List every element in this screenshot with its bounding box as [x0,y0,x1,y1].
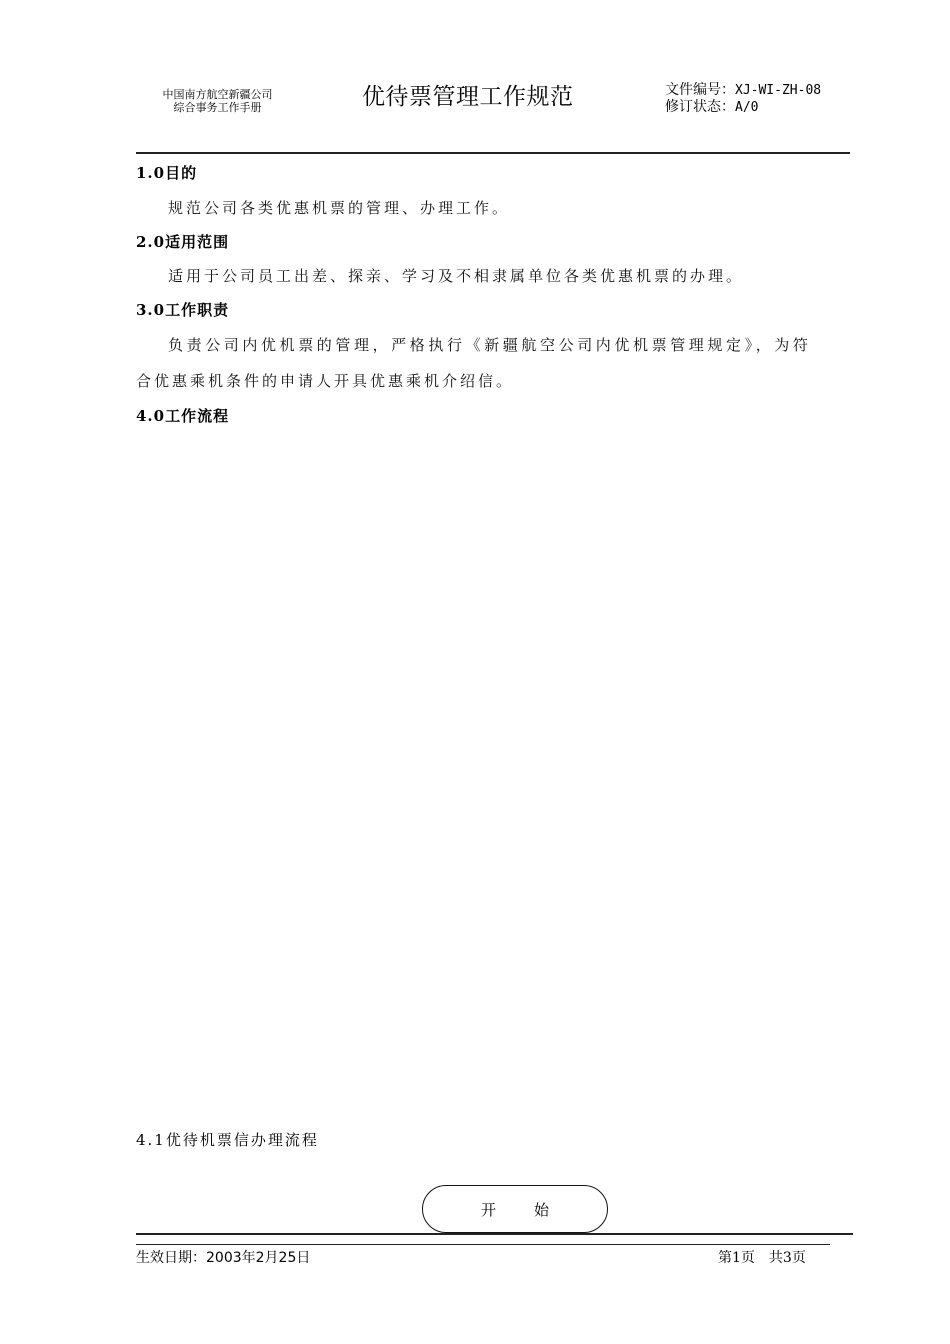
start-char-1: 开 [481,1199,496,1220]
document-meta: 文件编号：XJ-WI-ZH-08 修订状态：A/0 [665,82,821,116]
revision-label: 修订状态： [665,99,735,115]
section-body-duties-line2: 合优惠乘机条件的申请人开具优惠乘机介绍信。 [136,370,514,391]
revision-row: 修订状态：A/0 [665,99,821,116]
subsection-title: 4.1优待机票信办理流程 [136,1129,319,1150]
start-char-2: 始 [534,1199,549,1220]
body-bottom-divider [136,1233,853,1235]
header-divider [136,152,850,154]
document-title: 优待票管理工作规范 [362,78,574,111]
section-body-duties-line1: 负责公司内优机票的管理，严格执行《新疆航空公司内优机票管理规定》，为符 [168,334,812,355]
section-heading-duties: 3.0工作职责 [136,299,229,320]
section-heading-workflow: 4.0工作流程 [136,405,229,426]
company-name: 中国南方航空新疆公司 综合事务工作手册 [150,88,285,114]
doc-number: XJ-WI-ZH-08 [735,83,821,98]
flowchart-start-node: 开 始 [422,1185,608,1233]
section-heading-purpose: 1.0目的 [136,162,197,183]
doc-number-label: 文件编号： [665,82,735,98]
effective-date: 生效日期：2003年2月25日 [136,1247,310,1267]
section-heading-scope: 2.0适用范围 [136,231,229,252]
revision-value: A/0 [735,100,758,115]
section-body-scope: 适用于公司员工出差、探亲、学习及不相隶属单位各类优惠机票的办理。 [168,265,744,286]
doc-number-row: 文件编号：XJ-WI-ZH-08 [665,82,821,99]
footer-divider [136,1244,830,1245]
company-line-2: 综合事务工作手册 [150,101,285,114]
company-line-1: 中国南方航空新疆公司 [150,88,285,101]
section-body-purpose: 规范公司各类优惠机票的管理、办理工作。 [168,197,510,218]
page-info: 第1页 共3页 [718,1247,806,1267]
